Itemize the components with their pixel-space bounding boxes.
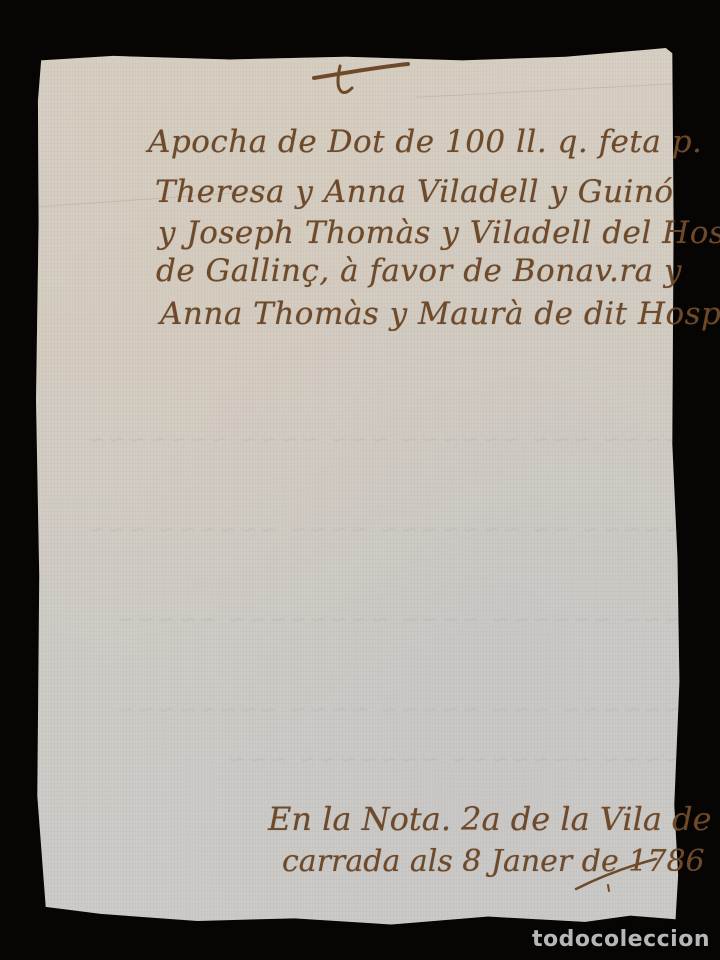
- manuscript-line-1: Apocha de Dot de 100 ll. q. feta p.: [148, 124, 702, 160]
- manuscript-line-2: Theresa y Anna Viladell y Guinó: [155, 174, 674, 210]
- bleed-through-text: ~~~~ ~~~ ~~~~~~ ~~~ ~~~~ ~~~~~~~: [36, 428, 682, 453]
- paper-crease: [416, 83, 676, 98]
- notary-line: En la Nota. 2a de la Vila de Bag.: [268, 800, 720, 838]
- manuscript-line-5: Anna Thomàs y Maurà de dit Hosp.: [160, 296, 720, 332]
- cross-header-mark: [310, 62, 410, 96]
- signature-flourish: [570, 855, 660, 895]
- bleed-through-text: ~~~~~~ ~~~ ~~~~~ ~~~~ ~~~~~~~~: [36, 698, 682, 723]
- manuscript-line-4: de Gallinç, à favor de Bonav.ra y: [156, 253, 682, 289]
- bleed-through-text: ~~~~~ ~~ ~~~~~~~ ~~~~ ~~~~~~ ~~~: [36, 518, 682, 543]
- manuscript-line-3: y Joseph Thomàs y Viladell del Hosp.: [158, 215, 720, 251]
- watermark-logo: todocoleccion: [532, 927, 710, 952]
- bleed-through-text: ~~~~ ~~~~~~~ ~~~~~~~ ~~~: [36, 748, 682, 773]
- photo-stage: ~~~~ ~~~ ~~~~~~ ~~~ ~~~~ ~~~~~~~ ~~~~~ ~…: [0, 0, 720, 960]
- bleed-through-text: ~~~ ~~~~~~ ~~~~ ~~~~~~~~ ~~~~~: [36, 608, 682, 633]
